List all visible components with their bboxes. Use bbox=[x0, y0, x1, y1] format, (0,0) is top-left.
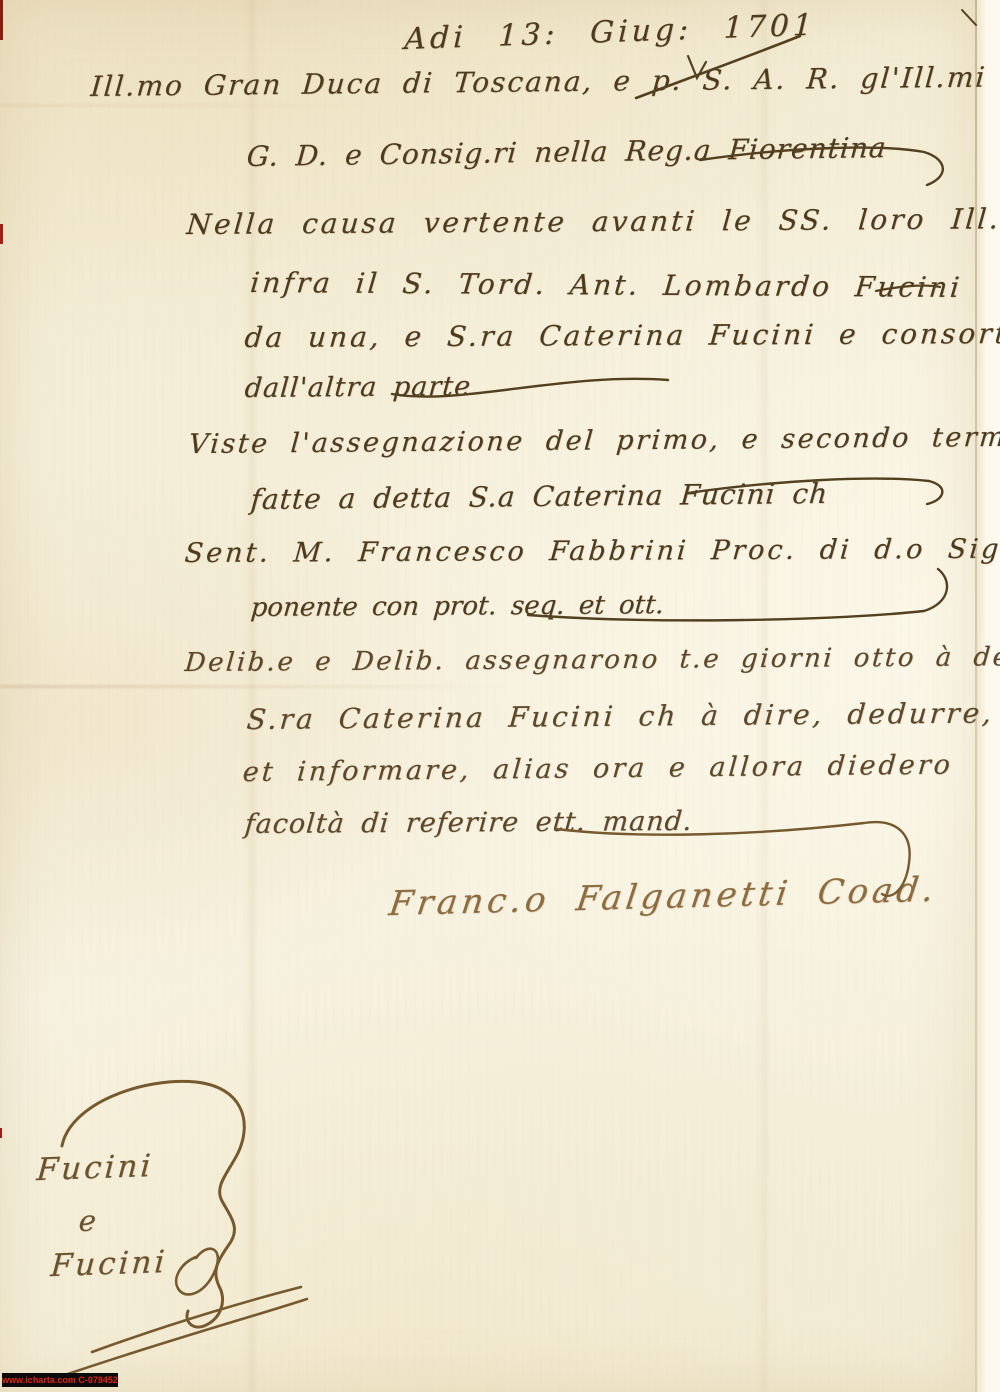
docket-underline bbox=[92, 1287, 301, 1352]
line-end-flourish bbox=[700, 148, 943, 185]
manuscript-scan: Adi 13: Giug: 1701 Ill.mo Gran Duca di T… bbox=[0, 0, 1000, 1392]
line-end-flourish bbox=[556, 822, 910, 896]
ink-flourishes bbox=[0, 0, 1000, 1392]
docket-underline bbox=[56, 1299, 307, 1378]
watermark-label: www.icharta.com C-079452 bbox=[2, 1373, 118, 1387]
line-end-flourish bbox=[688, 479, 942, 504]
docket-brace-flourish bbox=[62, 1081, 244, 1327]
corner-ink-mark bbox=[962, 10, 976, 25]
line-end-flourish bbox=[392, 379, 668, 397]
date-underline-flourish bbox=[636, 36, 800, 98]
line-end-flourish bbox=[528, 569, 947, 620]
line-end-dash bbox=[876, 286, 940, 291]
docket-loop-flourish bbox=[176, 1249, 218, 1295]
